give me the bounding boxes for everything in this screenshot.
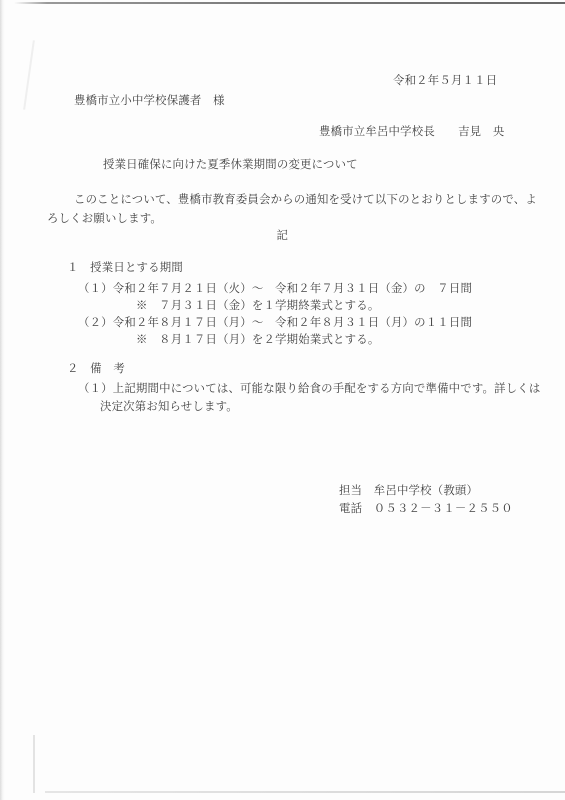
body-paragraph-line-1: このことについて、豊橋市教育委員会からの通知を受けて以下のとおりとしますので、よ — [74, 194, 537, 207]
scan-fold-line — [33, 735, 35, 793]
scan-crease-mark — [23, 40, 35, 110]
section1-item2-note: ※ ８月１７日（月）を２学期始業式とする。 — [136, 334, 379, 347]
scan-edge-top — [14, 2, 565, 4]
section2-item1-line-2: 決定次第お知らせします。 — [100, 401, 238, 414]
document-title: 授業日確保に向けた夏季休業期間の変更について — [103, 159, 358, 172]
scanned-letter-page: 令和２年５月１１日 豊橋市立小中学校保護者 様 豊橋市立牟呂中学校長 吉見 央 … — [0, 0, 565, 800]
section2-heading: ２ 備 考 — [67, 363, 125, 376]
body-paragraph-line-2: ろしくお願いします。 — [47, 213, 162, 226]
scan-edge-left — [0, 0, 5, 800]
recipient-line: 豊橋市立小中学校保護者 様 — [74, 95, 225, 108]
ki-marker: 記 — [0, 230, 565, 243]
contact-in-charge: 担当 牟呂中学校（教頭） — [339, 485, 478, 498]
section2-item1-line-1: （１）上記期間中については、可能な限り給食の手配をする方向で準備中です。詳しくは — [78, 383, 541, 396]
section1-heading: １ 授業日とする期間 — [67, 262, 183, 275]
letter-date: 令和２年５月１１日 — [393, 75, 497, 88]
sender-line: 豊橋市立牟呂中学校長 吉見 央 — [319, 126, 504, 139]
section1-item2: （２）令和２年８月１７日（月）～ 令和２年８月３１日（月）の１１日間 — [78, 317, 472, 330]
section1-item1-note: ※ ７月３１日（金）を１学期終業式とする。 — [136, 300, 379, 313]
section1-item1: （１）令和２年７月２１日（火）～ 令和２年７月３１日（金）の ７日間 — [78, 283, 472, 296]
contact-phone: 電話 ０５３２－３１－２５５０ — [339, 503, 513, 516]
scan-edge-bottom — [45, 791, 565, 793]
